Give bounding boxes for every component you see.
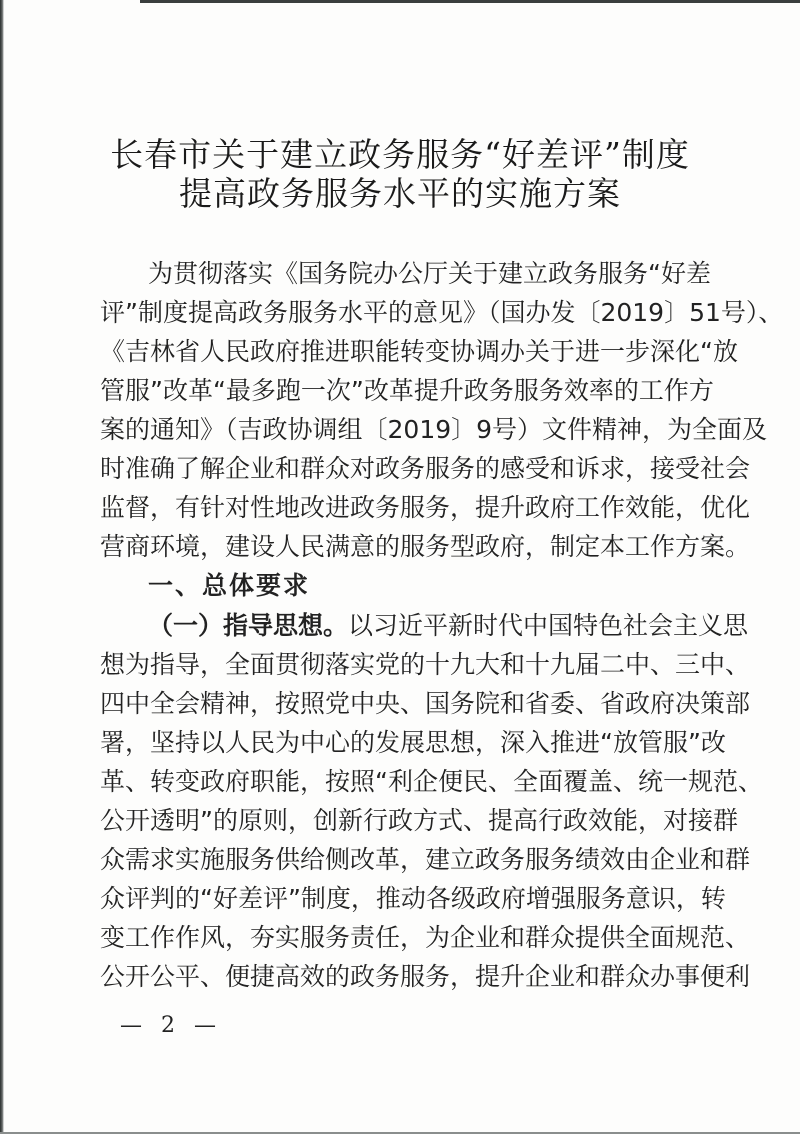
body-line: 公开透明”的原则，创新行政方式、提高行政效能，对接群 <box>100 804 700 838</box>
body-line: 公开公平、便捷高效的政务服务，提升企业和群众办事便利 <box>100 960 700 994</box>
body-line: 变工作作风，夯实服务责任，为企业和群众提供全面规范、 <box>100 921 700 955</box>
body-line: 管服”改革“最多跑一次”改革提升政务服务效率的工作方 <box>100 374 700 408</box>
body-line: 众评判的“好差评”制度，推动各级政府增强服务意识，转 <box>100 882 700 916</box>
document-title-line-1: 长春市关于建立政务服务“好差评”制度 <box>0 135 800 175</box>
subsection-first-line-text: 以习近平新时代中国特色社会主义思 <box>348 611 748 640</box>
body-line: 案的通知》（吉政协调组〔2019〕9号）文件精神，为全面及 <box>100 413 700 447</box>
page-number: — 2 — <box>120 1013 222 1038</box>
body-line: 众需求实施服务供给侧改革，建立政务服务绩效由企业和群 <box>100 843 700 877</box>
body-line: 时准确了解企业和群众对政务服务的感受和诉求，接受社会 <box>100 452 700 486</box>
subsection-first-line: （一）指导思想。以习近平新时代中国特色社会主义思 <box>148 609 700 643</box>
body-line: 想为指导，全面贯彻落实党的十九大和十九届二中、三中、 <box>100 648 700 682</box>
body-line: 四中全会精神，按照党中央、国务院和省委、省政府决策部 <box>100 687 700 721</box>
body-line: 《吉林省人民政府推进职能转变协调办关于进一步深化“放 <box>100 335 700 369</box>
body-line: 监督，有针对性地改进政务服务，提升政府工作效能，优化 <box>100 491 700 525</box>
body-line: 营商环境，建设人民满意的服务型政府，制定本工作方案。 <box>100 530 700 564</box>
scan-edge-top <box>140 0 800 3</box>
body-line: 革、转变政府职能，按照“利企便民、全面覆盖、统一规范、 <box>100 765 700 799</box>
body-line: 评”制度提高政务服务水平的意见》（国办发〔2019〕51号）、 <box>100 296 700 330</box>
section-heading: 一、总体要求 <box>148 569 700 603</box>
body-line: 署，坚持以人民为中心的发展思想，深入推进“放管服”改 <box>100 726 700 760</box>
subsection-lead: （一）指导思想。 <box>148 611 348 640</box>
body-line: 为贯彻落实《国务院办公厅关于建立政务服务“好差 <box>148 257 700 291</box>
document-page: 长春市关于建立政务服务“好差评”制度 提高政务服务水平的实施方案 为贯彻落实《国… <box>0 0 800 1134</box>
document-title-line-2: 提高政务服务水平的实施方案 <box>0 174 800 214</box>
